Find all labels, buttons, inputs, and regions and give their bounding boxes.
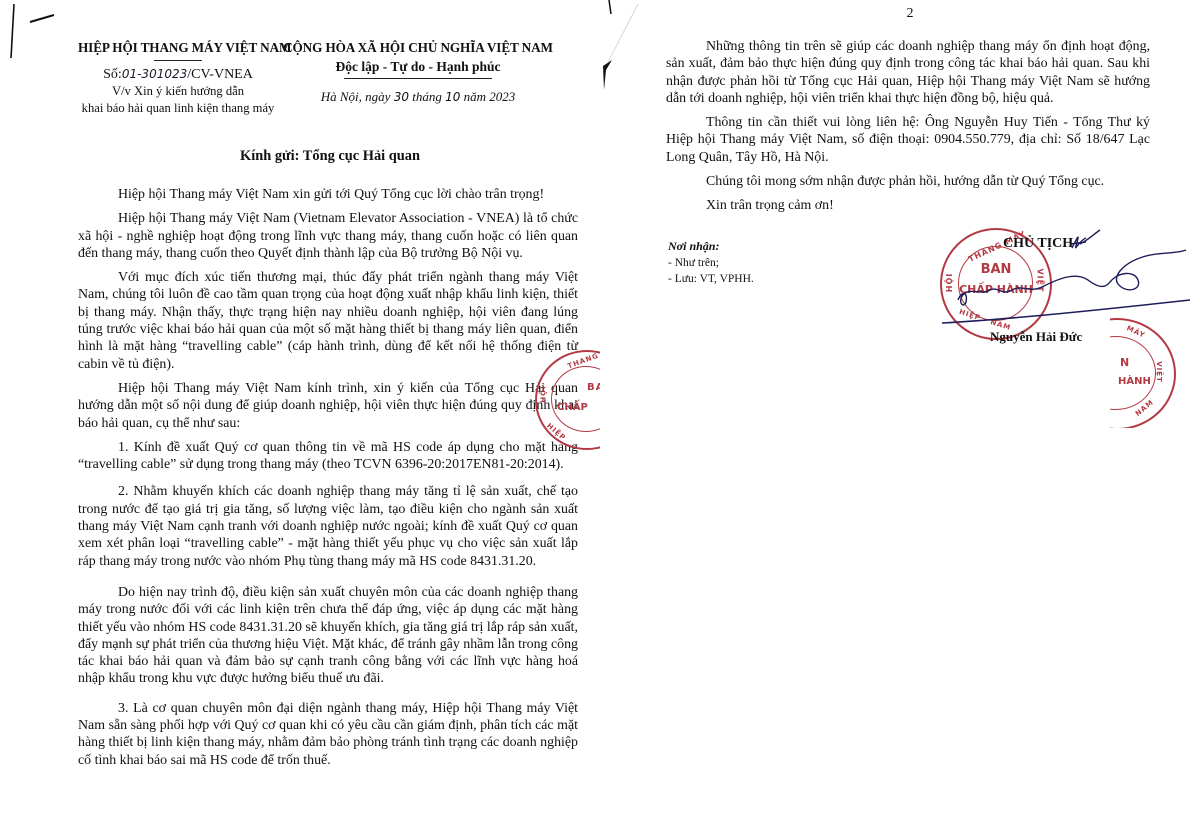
paragraph-introduction: Hiệp hội Thang máy Việt Nam (Vietnam Ele… <box>78 210 578 262</box>
national-header: CỘNG HÒA XÃ HỘI CHỦ NGHĨA VIỆT NAM Độc l… <box>282 40 554 105</box>
paragraph-thanks: Xin trân trọng cảm ơn! <box>666 197 1150 214</box>
recipient-item: - Lưu: VT, VPHH. <box>668 271 754 288</box>
signatory-name: Nguyễn Hải Đức <box>990 329 1082 345</box>
recipient-item: - Như trên; <box>668 255 754 272</box>
stamp-center-line-2: CHẤP HÀNH <box>942 282 1050 298</box>
paragraph-greeting: Hiệp hội Thang máy Việt Nam xin gửi tới … <box>78 186 578 203</box>
organization-name: HIỆP HỘI THANG MÁY VIỆT NAM <box>78 40 278 56</box>
recipients-block: Nơi nhận: - Như trên; - Lưu: VT, VPHH. <box>668 238 754 288</box>
signatory-title: CHỦ TỊCH <box>1003 236 1073 252</box>
stamp-seal: MÁY VIỆT NAM N HÀNH <box>1110 318 1176 428</box>
handwritten-day: 30 <box>394 90 409 104</box>
stamp-seal: THANG HỘI HIỆP BA CHẤP <box>535 350 600 450</box>
letter-body-page-2: Những thông tin trên sẽ giúp các doanh n… <box>666 38 1150 222</box>
paragraph-item-3: 3. Là cơ quan chuyên môn đại diện ngành … <box>78 700 578 769</box>
letter-page-1: HIỆP HỘI THANG MÁY VIỆT NAM Số:01-301023… <box>0 0 600 828</box>
page-number: 2 <box>600 6 1200 22</box>
paragraph-await-response: Chúng tôi mong sớm nhận được phản hồi, h… <box>666 173 1150 190</box>
header-divider <box>154 60 202 61</box>
recipient-line: Kính gửi: Tổng cục Hải quan <box>70 148 590 165</box>
document-number: Số:01-301023/CV-VNEA <box>78 67 278 83</box>
issuer-header: HIỆP HỘI THANG MÁY VIỆT NAM Số:01-301023… <box>78 40 278 117</box>
paragraph-item-1: 1. Kính đề xuất Quý cơ quan thông tin về… <box>78 439 578 474</box>
partial-stamp-page-2: MÁY VIỆT NAM N HÀNH <box>1110 318 1200 428</box>
partial-stamp-page-1: THANG HỘI HIỆP BA CHẤP <box>535 350 600 450</box>
subject-line-2: khai báo hải quan linh kiện thang máy <box>78 100 278 117</box>
paragraph-outcome: Những thông tin trên sẽ giúp các doanh n… <box>666 38 1150 107</box>
paragraph-contact: Thông tin cần thiết vui lòng liên hệ: Ôn… <box>666 114 1150 166</box>
national-motto: Độc lập - Tự do - Hạnh phúc <box>282 59 554 75</box>
document-date: Hà Nội, ngày 30 tháng 10 năm 2023 <box>282 89 554 105</box>
paragraph-request: Hiệp hội Thang máy Việt Nam kính trình, … <box>78 380 578 432</box>
paragraph-rationale: Do hiện nay trình độ, điều kiện sản xuất… <box>78 584 578 688</box>
letter-body-page-1: Hiệp hội Thang máy Việt Nam xin gửi tới … <box>78 186 578 776</box>
stamp-center-line-1: BAN <box>942 262 1050 278</box>
paragraph-item-2: 2. Nhằm khuyến khích các doanh nghiệp th… <box>78 483 578 569</box>
recipients-title: Nơi nhận: <box>668 238 754 255</box>
subject-line-1: V/v Xin ý kiến hướng dẫn <box>78 83 278 100</box>
national-title: CỘNG HÒA XÃ HỘI CHỦ NGHĨA VIỆT NAM <box>282 40 554 56</box>
paragraph-purpose: Với mục đích xúc tiến thương mại, thúc đ… <box>78 269 578 373</box>
motto-underline <box>344 78 492 79</box>
handwritten-month: 10 <box>445 90 460 104</box>
handwritten-number: 01-301023 <box>122 67 187 81</box>
